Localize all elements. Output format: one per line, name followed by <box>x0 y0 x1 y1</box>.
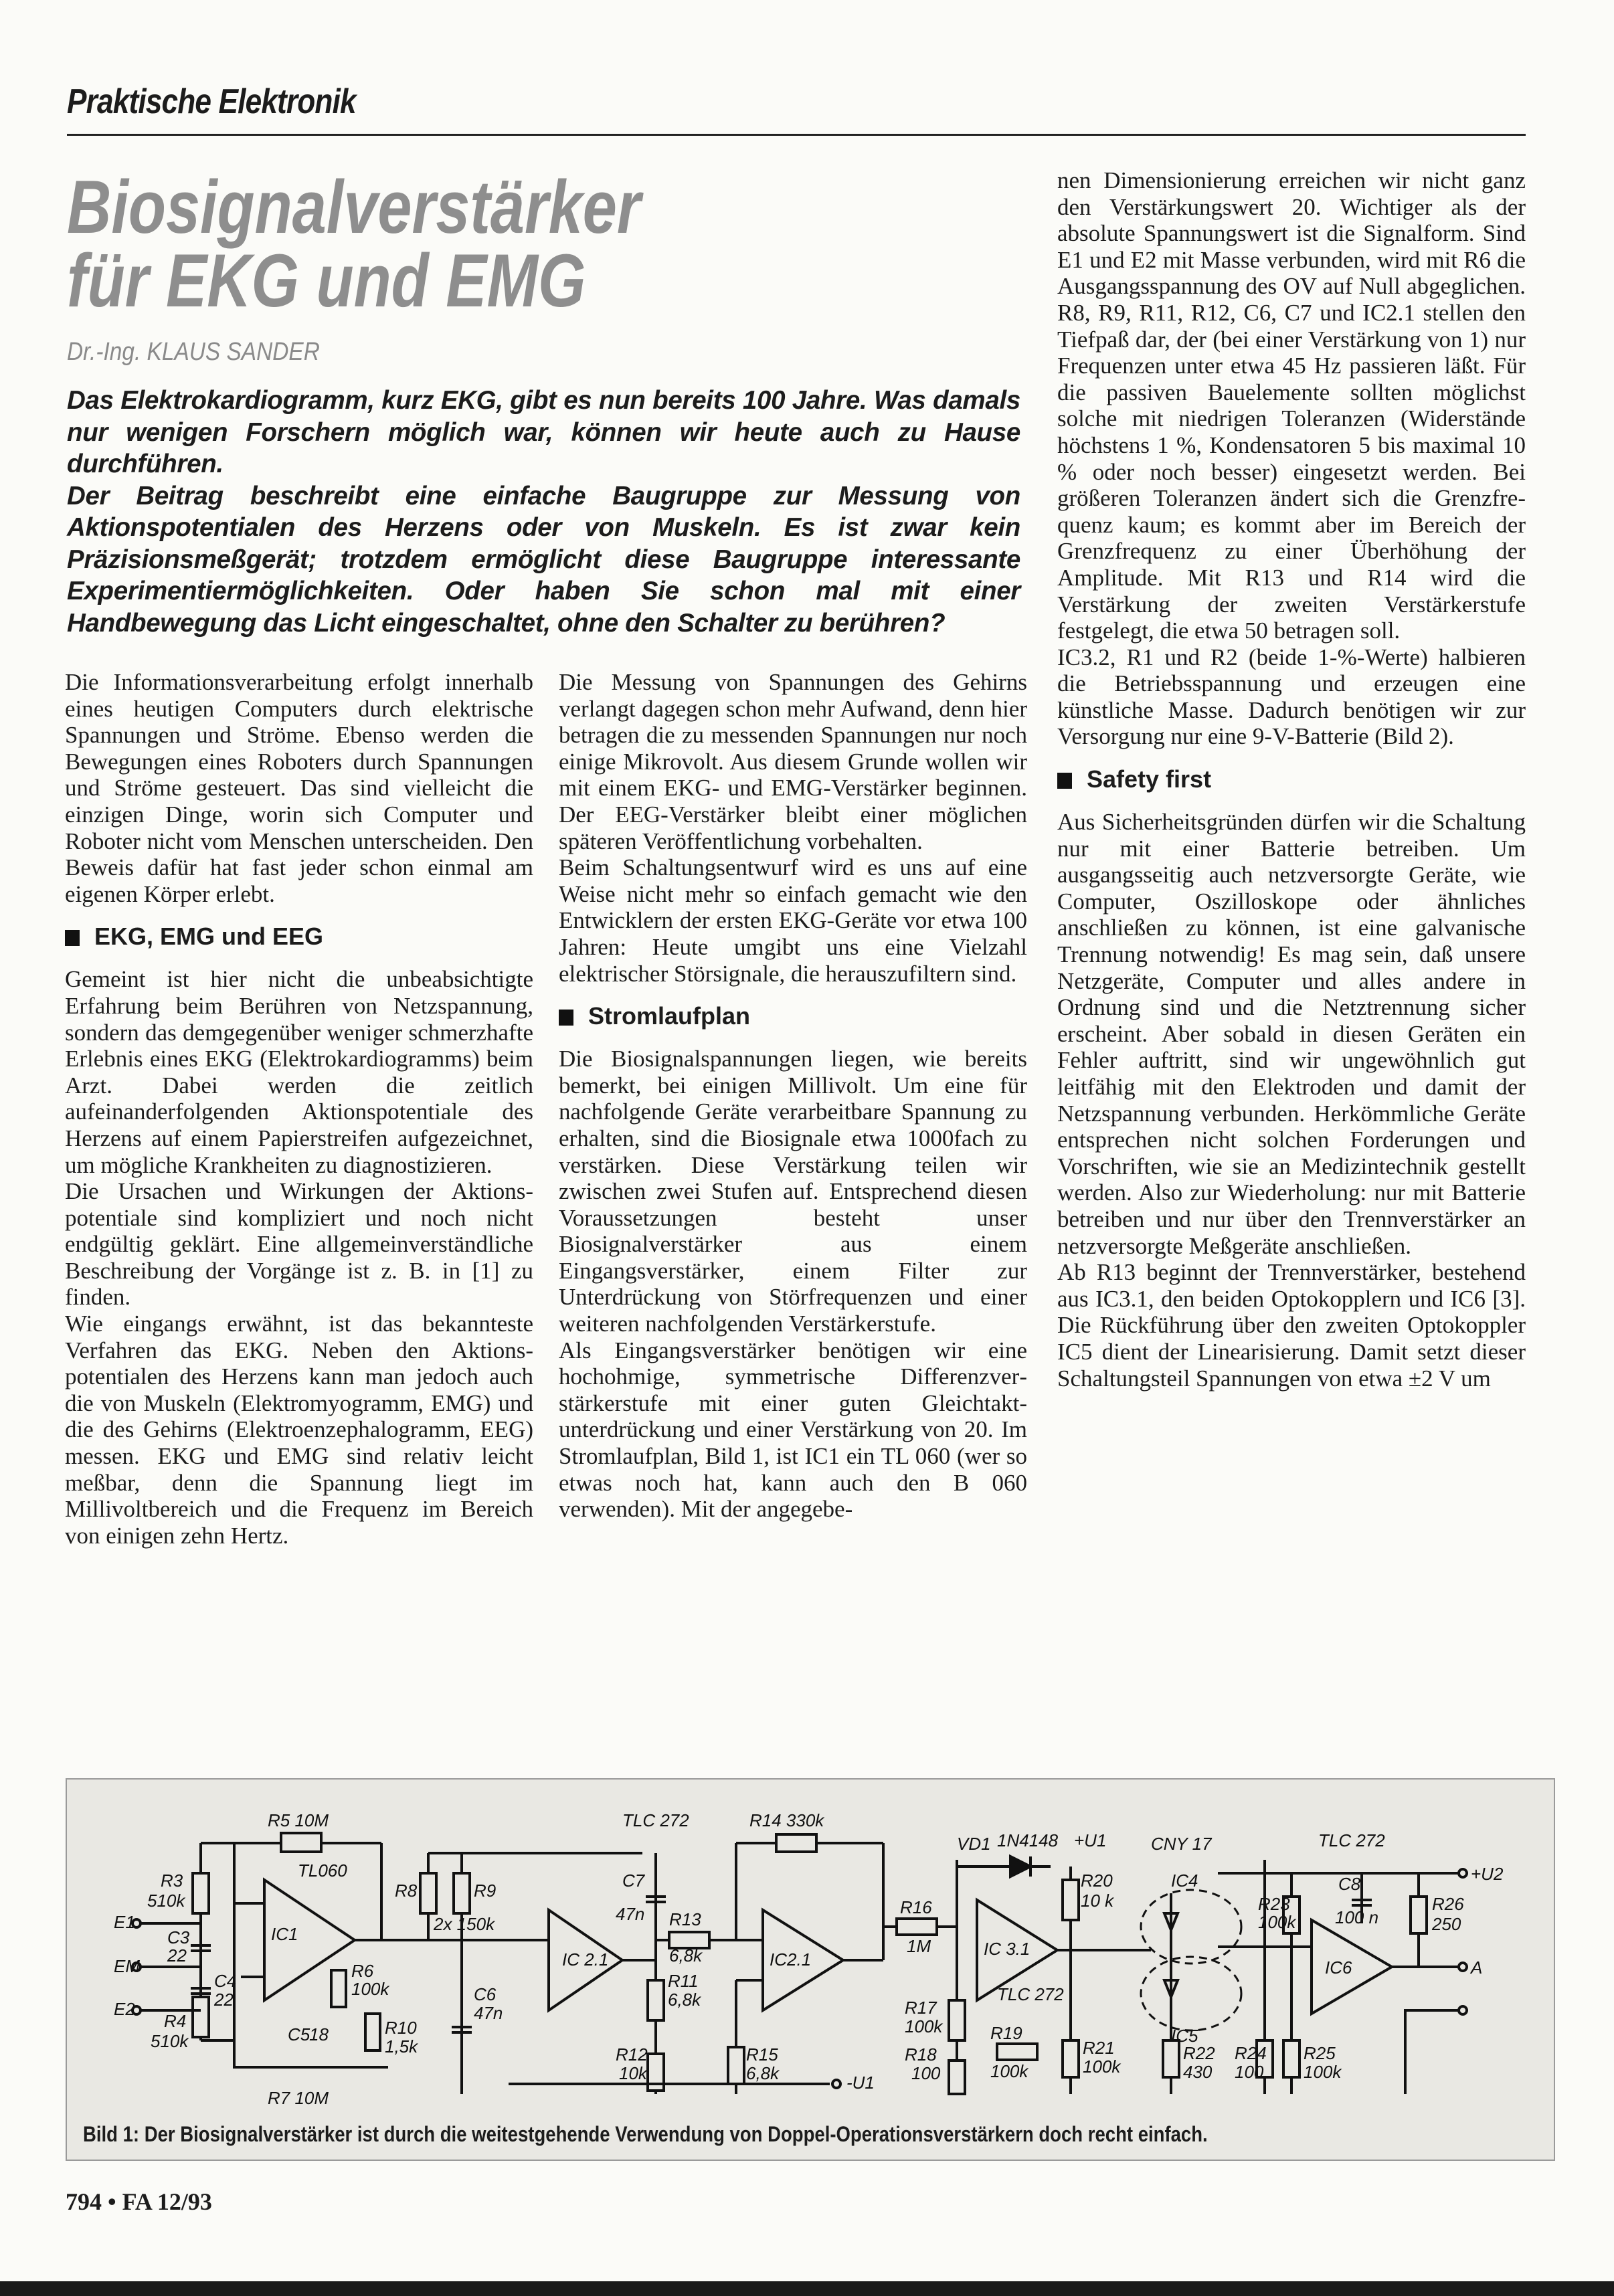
paragraph: Die Ursachen und Wirkungen der Aktions­p… <box>65 1178 533 1311</box>
svg-text:R17: R17 <box>905 1998 937 2018</box>
article-title: Biosignalverstärker für EKG und EMG <box>67 171 641 318</box>
section-label: Praktische Elektronik <box>67 82 356 122</box>
svg-text:TLC 272: TLC 272 <box>997 1984 1064 2004</box>
circuit-figure: E1 EM E2 R3 510k C3 22 C4 22 R4 510k R5 … <box>66 1778 1555 2161</box>
svg-text:R4: R4 <box>164 2011 186 2031</box>
svg-text:22: 22 <box>213 1990 234 2010</box>
svg-text:+U1: +U1 <box>1074 1830 1106 1850</box>
svg-text:100: 100 <box>911 2063 941 2083</box>
paragraph: Beim Schaltungsentwurf wird es uns auf e… <box>559 854 1027 987</box>
svg-text:6,8k: 6,8k <box>746 2063 780 2083</box>
paragraph: nen Dimensionierung erreichen wir nicht … <box>1057 167 1526 644</box>
svg-text:10 k: 10 k <box>1081 1891 1115 1911</box>
svg-text:R18: R18 <box>905 2044 937 2065</box>
label-em: EM <box>114 1956 140 1976</box>
svg-text:IC1: IC1 <box>271 1924 298 1944</box>
svg-text:100k: 100k <box>905 2016 944 2036</box>
svg-text:47n: 47n <box>616 1904 644 1924</box>
figure-caption: Bild 1: Der Biosignalverstärker ist durc… <box>83 2122 1208 2147</box>
svg-text:A: A <box>1469 1957 1482 1978</box>
svg-text:R24: R24 <box>1235 2043 1267 2063</box>
paragraph: Die Biosignalspannungen liegen, wie be­r… <box>559 1046 1027 1337</box>
svg-text:IC2.1: IC2.1 <box>770 1949 811 1970</box>
paragraph: Die Informationsverarbeitung erfolgt inn… <box>65 669 533 907</box>
schematic-diagram: E1 EM E2 R3 510k C3 22 C4 22 R4 510k R5 … <box>67 1780 1554 2114</box>
lead-p2: Der Beitrag beschreibt eine einfache Bau… <box>67 480 1020 640</box>
svg-text:TLC 272: TLC 272 <box>622 1810 689 1830</box>
svg-text:VD1: VD1 <box>957 1834 991 1854</box>
svg-text:R8: R8 <box>395 1881 418 1901</box>
svg-text:C7: C7 <box>622 1871 646 1891</box>
svg-text:R19: R19 <box>990 2023 1022 2043</box>
svg-text:C5: C5 <box>288 2024 310 2044</box>
svg-text:R3: R3 <box>161 1871 183 1891</box>
svg-text:430: 430 <box>1183 2062 1213 2082</box>
lead-p1: Das Elektrokardiogramm, kurz EKG, gibt e… <box>67 385 1020 480</box>
paragraph: Aus Sicherheitsgründen dürfen wir die Sc… <box>1057 809 1526 1259</box>
svg-text:CNY 17: CNY 17 <box>1151 1834 1213 1854</box>
column-3: nen Dimensionierung erreichen wir nicht … <box>1057 167 1526 1392</box>
svg-text:C4: C4 <box>214 1971 236 1991</box>
svg-text:47n: 47n <box>474 2003 503 2023</box>
svg-text:1N4148: 1N4148 <box>997 1830 1059 1850</box>
svg-text:R6: R6 <box>351 1961 374 1981</box>
svg-text:R9: R9 <box>474 1881 496 1901</box>
svg-text:R12: R12 <box>616 2044 648 2065</box>
svg-text:510k: 510k <box>147 1891 186 1911</box>
svg-text:18: 18 <box>309 2024 329 2044</box>
svg-text:R26: R26 <box>1432 1894 1464 1914</box>
paragraph: IC3.2, R1 und R2 (beide 1-%-Werte) hal­b… <box>1057 644 1526 750</box>
paragraph: Gemeint ist hier nicht die unbeabsichtig… <box>65 966 533 1178</box>
section-heading: EKG, EMG und EEG <box>65 922 533 951</box>
svg-text:100k: 100k <box>990 2061 1029 2081</box>
svg-text:10k: 10k <box>619 2063 648 2083</box>
page-footer: 794 • FA 12/93 <box>66 2188 212 2216</box>
paragraph: Als Eingangsverstärker benötigen wir ein… <box>559 1337 1027 1523</box>
svg-text:IC 2.1: IC 2.1 <box>562 1949 608 1970</box>
svg-text:R7 10M: R7 10M <box>268 2088 329 2108</box>
svg-text:6,8k: 6,8k <box>669 1945 703 1966</box>
label-e2: E2 <box>114 1999 135 2019</box>
svg-text:R23: R23 <box>1258 1894 1290 1914</box>
svg-text:TLC 272: TLC 272 <box>1318 1830 1385 1850</box>
paragraph: Wie eingangs erwähnt, ist das bekanntest… <box>65 1311 533 1549</box>
svg-text:100k: 100k <box>351 1979 390 1999</box>
svg-text:R16: R16 <box>900 1897 932 1917</box>
svg-text:R10: R10 <box>385 2018 417 2038</box>
square-bullet-icon <box>65 930 80 946</box>
svg-text:1,5k: 1,5k <box>385 2036 419 2056</box>
svg-text:100k: 100k <box>1258 1912 1297 1932</box>
svg-text:C3: C3 <box>167 1927 190 1947</box>
svg-text:100k: 100k <box>1083 2056 1122 2077</box>
svg-text:100k: 100k <box>1304 2062 1342 2082</box>
svg-text:2x 150k: 2x 150k <box>433 1914 496 1934</box>
svg-text:+U2: +U2 <box>1471 1864 1504 1884</box>
lead-paragraph: Das Elektrokardiogramm, kurz EKG, gibt e… <box>67 385 1020 639</box>
svg-text:R14 330k: R14 330k <box>749 1810 825 1830</box>
title-line-1: Biosignalverstärker <box>67 171 641 244</box>
section-heading: Safety first <box>1057 765 1526 794</box>
author-byline: Dr.-Ing. KLAUS SANDER <box>67 338 320 367</box>
svg-text:-U1: -U1 <box>846 2073 875 2093</box>
square-bullet-icon <box>559 1010 573 1026</box>
svg-text:R22: R22 <box>1183 2043 1215 2063</box>
svg-text:6,8k: 6,8k <box>668 1990 702 2010</box>
section-heading: Stromlaufplan <box>559 1001 1027 1031</box>
svg-text:IC 3.1: IC 3.1 <box>984 1939 1030 1959</box>
svg-text:22: 22 <box>167 1945 187 1966</box>
scan-edge <box>0 2281 1614 2296</box>
svg-text:R15: R15 <box>746 2044 778 2065</box>
svg-text:R13: R13 <box>669 1909 701 1929</box>
square-bullet-icon <box>1057 773 1072 789</box>
paragraph: Ab R13 beginnt der Trennverstärker, be­s… <box>1057 1259 1526 1392</box>
svg-text:100 n: 100 n <box>1335 1907 1378 1927</box>
svg-text:R20: R20 <box>1081 1871 1113 1891</box>
paragraph: Die Messung von Spannungen des Gehirns v… <box>559 669 1027 854</box>
svg-text:510k: 510k <box>151 2031 189 2051</box>
svg-text:R21: R21 <box>1083 2038 1115 2058</box>
column-1: Die Informationsverarbeitung erfolgt inn… <box>65 669 533 1549</box>
svg-text:R11: R11 <box>668 1971 699 1991</box>
svg-text:R5 10M: R5 10M <box>268 1810 329 1830</box>
svg-text:IC6: IC6 <box>1325 1957 1352 1978</box>
svg-text:R25: R25 <box>1304 2043 1336 2063</box>
svg-text:1M: 1M <box>907 1936 931 1956</box>
svg-text:C6: C6 <box>474 1984 497 2004</box>
svg-text:C8: C8 <box>1338 1874 1361 1894</box>
header-rule <box>67 134 1526 136</box>
title-line-2: für EKG und EMG <box>67 244 641 318</box>
label-e1: E1 <box>114 1912 135 1932</box>
svg-text:100: 100 <box>1235 2062 1264 2082</box>
svg-text:TL060: TL060 <box>298 1860 347 1881</box>
svg-text:250: 250 <box>1431 1914 1461 1934</box>
svg-text:IC4: IC4 <box>1171 1871 1198 1891</box>
column-2: Die Messung von Spannungen des Gehirns v… <box>559 669 1027 1523</box>
